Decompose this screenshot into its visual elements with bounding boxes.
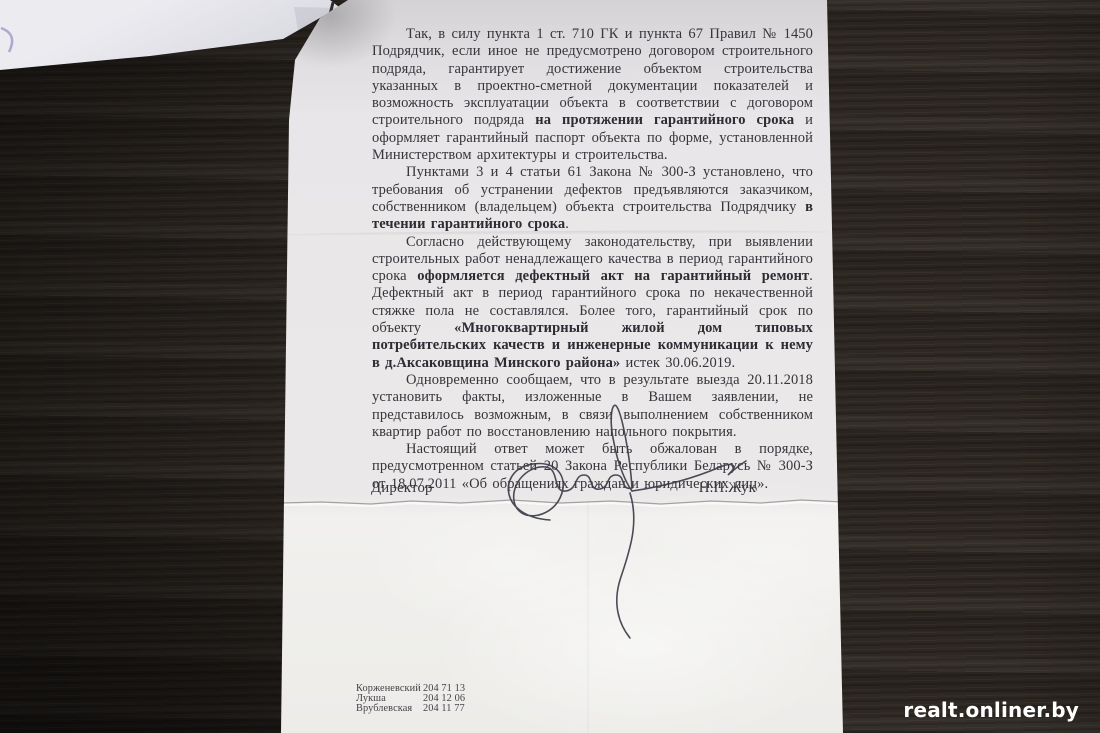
- signoff-role: Директор: [371, 480, 433, 497]
- contact-phone: 204 11 77: [423, 704, 465, 714]
- signature: [480, 395, 770, 655]
- contact-row: Врублевская204 11 77: [356, 704, 465, 714]
- photo-scene: Так, в силу пункта 1 ст. 710 ГК и пункта…: [0, 0, 1100, 733]
- contact-name: Врублевская: [356, 704, 423, 714]
- document-paragraph: Так, в силу пункта 1 ст. 710 ГК и пункта…: [372, 26, 813, 164]
- purple-edge-detail: [0, 24, 24, 54]
- watermark: realt.onliner.by: [903, 698, 1079, 722]
- document-paragraph: Пунктами 3 и 4 статьи 61 Закона № 300-З …: [372, 164, 813, 233]
- document-paragraph: Согласно действующему законодательству, …: [372, 234, 813, 372]
- contact-list: Корженевский204 71 13Лукша204 12 06Врубл…: [356, 684, 465, 715]
